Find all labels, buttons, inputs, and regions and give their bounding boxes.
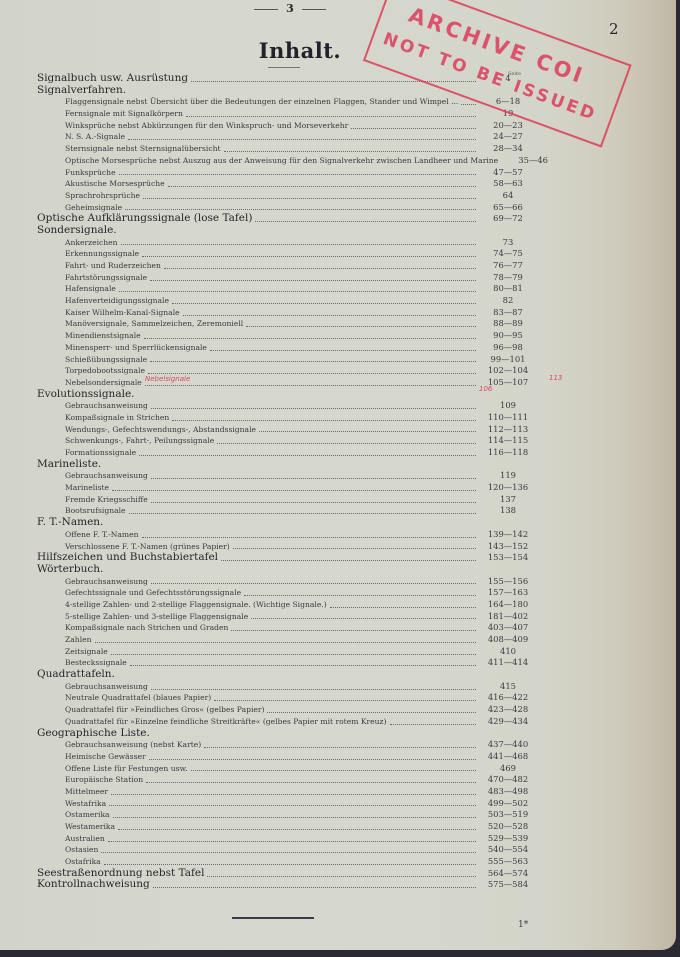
toc-entry: Fremde Kriegsschiffe137	[37, 494, 537, 506]
toc-pages: 408—409	[479, 634, 537, 646]
toc-entry: Ostafrika555—563	[37, 856, 537, 868]
dot-leader	[233, 547, 476, 549]
folio-dash-left	[254, 9, 278, 10]
toc-entry: Heimische Gewässer441—468	[37, 751, 537, 763]
toc-pages: 28—34	[479, 143, 537, 155]
toc-label: Sternsignale nebst Sternsignalübersicht	[65, 143, 221, 155]
toc-pages: 441—468	[479, 751, 537, 763]
dot-leader	[255, 220, 476, 222]
toc-pages: 499—502	[479, 798, 537, 810]
dot-leader	[390, 723, 477, 725]
toc-pages: 423—428	[479, 704, 537, 716]
toc-section: Quadrattafeln.	[37, 669, 537, 681]
dot-leader	[151, 501, 476, 503]
toc-label: Australien	[65, 833, 105, 845]
toc-entry: Ostasien540—554	[37, 844, 537, 856]
toc-entry: Hafenverteidigungssignale82	[37, 295, 537, 307]
dot-leader	[150, 360, 476, 362]
toc-pages: 69—72	[479, 213, 537, 225]
toc-label: Manöversignale, Sammelzeichen, Zeremonie…	[65, 318, 243, 330]
toc-label: Kompaßsignale nach Strichen und Graden	[65, 622, 228, 634]
table-of-contents: Signalbuch usw. Ausrüstung4Signalverfahr…	[37, 73, 537, 891]
dot-leader	[111, 653, 476, 655]
toc-entry: Gebrauchsanweisung119	[37, 470, 537, 482]
toc-entry: Torpedobootssignale102—104	[37, 365, 537, 377]
toc-label: Fahrt- und Ruderzeichen	[65, 260, 161, 272]
toc-label: Nebelsondersignale	[65, 377, 142, 389]
dot-leader	[119, 290, 476, 292]
dot-leader	[149, 758, 476, 760]
toc-pages: 416—422	[479, 692, 537, 704]
toc-label: Ostasien	[65, 844, 98, 856]
toc-entry: Fahrtstörungssignale78—79	[37, 272, 537, 284]
dot-leader	[217, 442, 476, 444]
toc-label: Ostafrika	[65, 856, 101, 868]
toc-label: Wörterbuch.	[37, 564, 103, 576]
toc-entry: Gebrauchsanweisung155—156	[37, 576, 537, 588]
toc-label: Fernsignale mit Signalkörpern	[65, 108, 183, 120]
dot-leader	[142, 255, 476, 257]
toc-label: Sprachrohrsprüche	[65, 190, 140, 202]
toc-entry: Wendungs-, Gefechtswendungs-, Abstandssi…	[37, 424, 537, 436]
toc-pages: 529—539	[479, 833, 537, 845]
dot-leader	[224, 150, 476, 152]
toc-pages: 520—528	[479, 821, 537, 833]
toc-pages: 90—95	[479, 330, 537, 342]
toc-entry: Ankerzeichen73	[37, 237, 537, 249]
toc-pages: 469	[479, 763, 537, 775]
folio-dash-right	[302, 9, 326, 10]
dot-leader	[104, 863, 476, 865]
toc-entry: Quadrattafel für »Einzelne feindliche St…	[37, 716, 537, 728]
dot-leader	[121, 243, 476, 245]
toc-pages: 153—154	[479, 552, 537, 564]
toc-pages: 411—414	[479, 657, 537, 669]
toc-entry: Offene F. T.-Namen139—142	[37, 529, 537, 541]
toc-label: Kontrollnachweisung	[37, 879, 150, 891]
toc-pages: 540—554	[479, 844, 537, 856]
toc-label: Schwenkungs-, Fahrt-, Peilungssignale	[65, 435, 214, 447]
toc-pages: 65—66	[479, 202, 537, 214]
toc-entry: Schwenkungs-, Fahrt-, Peilungssignale114…	[37, 435, 537, 447]
dot-leader	[108, 840, 476, 842]
dot-leader	[164, 267, 476, 269]
dot-leader	[191, 769, 476, 771]
toc-pages: 83—87	[479, 307, 537, 319]
toc-entry: Westafrika499—502	[37, 798, 537, 810]
toc-pages: 74—75	[479, 248, 537, 260]
toc-pages: 109	[479, 400, 537, 412]
signature-mark: 1*	[518, 920, 528, 930]
toc-entry: Kaiser Wilhelm-Kanal-Signale83—87	[37, 307, 537, 319]
toc-section: Marineliste.	[37, 459, 537, 471]
toc-entry: Schießübungssignale99—101	[37, 354, 537, 366]
toc-label: Gebrauchsanweisung	[65, 400, 148, 412]
toc-pages: 415	[479, 681, 537, 693]
toc-label: Heimische Gewässer	[65, 751, 146, 763]
toc-pages: 116—118	[479, 447, 537, 459]
toc-entry: Offene Liste für Festungen usw.469	[37, 763, 537, 775]
toc-entry: Gefechtssignale und Gefechtsstörungssign…	[37, 587, 537, 599]
dot-leader	[153, 735, 476, 736]
toc-pages: 437—440	[479, 739, 537, 751]
dot-leader	[142, 536, 476, 538]
dot-leader	[106, 524, 476, 525]
page-folio: 3	[240, 2, 340, 15]
dot-leader	[144, 337, 476, 339]
toc-pages: 181—402	[479, 611, 537, 623]
toc-label: Fahrtstörungssignale	[65, 272, 147, 284]
toc-pages: 64	[479, 190, 537, 202]
toc-label: Westafrika	[65, 798, 106, 810]
dot-leader	[151, 688, 476, 690]
toc-label: Quadrattafel für »Einzelne feindliche St…	[65, 716, 387, 728]
toc-pages: 110—111	[479, 412, 537, 424]
toc-pages: 429—434	[479, 716, 537, 728]
toc-section: Sondersignale.	[37, 225, 537, 237]
dot-leader	[251, 617, 476, 619]
toc-label: Zeitsignale	[65, 646, 108, 658]
toc-entry: Neutrale Quadrattafel (blaues Papier)416…	[37, 692, 537, 704]
toc-label: Funksprüche	[65, 167, 116, 179]
dot-leader	[129, 92, 476, 93]
toc-label: Akustische Morsesprüche	[65, 178, 165, 190]
dot-leader	[231, 629, 476, 631]
dot-leader	[143, 197, 476, 199]
toc-label: N. S. A.-Signale	[65, 131, 125, 143]
toc-pages: 403—407	[479, 622, 537, 634]
toc-label: Signalverfahren.	[37, 85, 126, 97]
toc-label: Optische Morsesprüche nebst Auszug aus d…	[65, 155, 498, 167]
toc-pages: 483—498	[479, 786, 537, 798]
toc-entry: Europäische Station470—482	[37, 774, 537, 786]
toc-pages: 114—115	[479, 435, 537, 447]
toc-entry: 4-stellige Zahlen- und 2-stellige Flagge…	[37, 599, 537, 611]
dot-leader	[246, 325, 476, 327]
dot-leader	[145, 384, 476, 386]
toc-pages: 47—57	[479, 167, 537, 179]
dot-leader	[186, 115, 476, 117]
dot-leader	[172, 419, 476, 421]
toc-label: Wendungs-, Gefechtswendungs-, Abstandssi…	[65, 424, 256, 436]
toc-pages: 24—27	[479, 131, 537, 143]
toc-entry: Westamerika520—528	[37, 821, 537, 833]
toc-pages: 73	[479, 237, 537, 249]
toc-pages: 143—152	[479, 541, 537, 553]
dot-leader	[210, 349, 476, 351]
toc-entry: Erkennungssignale74—75	[37, 248, 537, 260]
toc-entry: Formationssignale116—118	[37, 447, 537, 459]
toc-label: Sondersignale.	[37, 225, 117, 237]
dot-leader	[267, 711, 476, 713]
toc-label: Flaggensignale nebst Übersicht über die …	[65, 96, 458, 108]
toc-label: Kaiser Wilhelm-Kanal-Signale	[65, 307, 180, 319]
toc-label: Kompaßsignale in Strichen	[65, 412, 169, 424]
toc-pages: 82	[479, 295, 537, 307]
dot-leader	[104, 466, 476, 467]
toc-entry: Zeitsignale410	[37, 646, 537, 658]
toc-label: Formationssignale	[65, 447, 136, 459]
toc-entry: Sprachrohrsprüche64	[37, 190, 537, 202]
dot-leader	[151, 477, 476, 479]
toc-section: F. T.-Namen.	[37, 517, 537, 529]
toc-entry: Gebrauchsanweisung109	[37, 400, 537, 412]
dot-leader	[138, 396, 477, 397]
toc-label: Quadrattafeln.	[37, 669, 115, 681]
dot-leader	[204, 746, 476, 748]
toc-label: Hafenverteidigungssignale	[65, 295, 169, 307]
toc-entry: N. S. A.-Signale24—27	[37, 131, 537, 143]
toc-entry: Gebrauchsanweisung (nebst Karte)437—440	[37, 739, 537, 751]
toc-entry: Quadrattafel für »Feindliches Gros« (gel…	[37, 704, 537, 716]
dot-leader	[130, 664, 476, 666]
toc-entry: Minendienstsignale90—95	[37, 330, 537, 342]
toc-pages: 155—156	[479, 576, 537, 588]
dot-leader	[129, 512, 476, 514]
toc-label: Offene Liste für Festungen usw.	[65, 763, 188, 775]
dot-leader	[148, 372, 476, 374]
toc-entry: Kompaßsignale nach Strichen und Graden40…	[37, 622, 537, 634]
toc-pages: 503—519	[479, 809, 537, 821]
toc-section: Geographische Liste.	[37, 728, 537, 740]
toc-label: Fremde Kriegsschiffe	[65, 494, 148, 506]
dot-leader	[109, 804, 476, 806]
dot-leader	[153, 886, 476, 888]
dot-leader	[172, 302, 476, 304]
toc-pages: 96—98	[479, 342, 537, 354]
toc-pages: 99—101	[479, 354, 537, 366]
dot-leader	[330, 606, 476, 608]
toc-label: Signalbuch usw. Ausrüstung	[37, 73, 188, 85]
toc-pages: 470—482	[479, 774, 537, 786]
toc-entry: Gebrauchsanweisung415	[37, 681, 537, 693]
bottom-rule	[232, 917, 314, 919]
dot-leader	[128, 138, 476, 140]
toc-entry: Marineliste120—136	[37, 482, 537, 494]
toc-entry: Bootsrufsignale138	[37, 505, 537, 517]
toc-label: Ankerzeichen	[65, 237, 118, 249]
toc-pages: 555—563	[479, 856, 537, 868]
toc-label: Gefechtssignale und Gefechtsstörungssign…	[65, 587, 241, 599]
toc-label: Schießübungssignale	[65, 354, 147, 366]
toc-section: Hilfszeichen und Buchstabiertafel153—154	[37, 552, 537, 564]
toc-label: Mittelmeer	[65, 786, 108, 798]
toc-pages: 139—142	[479, 529, 537, 541]
toc-entry: Funksprüche47—57	[37, 167, 537, 179]
toc-label: Europäische Station	[65, 774, 143, 786]
toc-pages: 410	[479, 646, 537, 658]
document-page: 3 2 Inhalt. Seite Signalbuch usw. Ausrüs…	[0, 0, 676, 950]
toc-section: Kontrollnachweisung575—584	[37, 879, 537, 891]
toc-entry: Minensperr- und Sperrlückensignale96—98	[37, 342, 537, 354]
dot-leader	[151, 407, 476, 409]
toc-pages: 78—79	[479, 272, 537, 284]
toc-entry: 5-stellige Zahlen- und 3-stellige Flagge…	[37, 611, 537, 623]
dot-leader	[207, 875, 476, 877]
toc-label: Gebrauchsanweisung	[65, 576, 148, 588]
toc-label: Minensperr- und Sperrlückensignale	[65, 342, 207, 354]
toc-pages: 102—104	[479, 365, 537, 377]
toc-pages: 35—46	[504, 155, 562, 167]
toc-entry: Kompaßsignale in Strichen110—111	[37, 412, 537, 424]
dot-leader	[101, 851, 476, 853]
toc-label: Hafensignale	[65, 283, 116, 295]
title-rule	[268, 67, 300, 68]
toc-entry: Akustische Morsesprüche58—63	[37, 178, 537, 190]
dot-leader	[168, 185, 476, 187]
toc-label: Ostamerika	[65, 809, 110, 821]
dot-leader	[95, 641, 476, 643]
toc-label: F. T.-Namen.	[37, 517, 103, 529]
dot-leader	[461, 103, 476, 105]
toc-entry: Zahlen408—409	[37, 634, 537, 646]
toc-label: Gebrauchsanweisung (nebst Karte)	[65, 739, 201, 751]
toc-label: Zahlen	[65, 634, 92, 646]
dot-leader	[214, 699, 476, 701]
toc-entry: Mittelmeer483—498	[37, 786, 537, 798]
toc-pages: 137	[479, 494, 537, 506]
toc-label: Gebrauchsanweisung	[65, 470, 148, 482]
handwritten-note: Nebelsignale	[145, 375, 190, 383]
folio-number: 3	[286, 2, 294, 15]
toc-label: Gebrauchsanweisung	[65, 681, 148, 693]
toc-label: Minendienstsignale	[65, 330, 141, 342]
toc-pages: 120—136	[479, 482, 537, 494]
toc-pages: 112—113	[479, 424, 537, 436]
toc-label: Marineliste.	[37, 459, 101, 471]
dot-leader	[259, 430, 476, 432]
toc-entry: Hafensignale80—81	[37, 283, 537, 295]
dot-leader	[111, 793, 476, 795]
dot-leader	[113, 816, 476, 818]
toc-pages: 564—574	[479, 868, 537, 880]
toc-label: 5-stellige Zahlen- und 3-stellige Flagge…	[65, 611, 248, 623]
toc-section: Wörterbuch.	[37, 564, 537, 576]
toc-entry: Fernsignale mit Signalkörpern19	[37, 108, 537, 120]
toc-label: Geographische Liste.	[37, 728, 150, 740]
toc-pages: 157—163	[479, 587, 537, 599]
toc-label: Marineliste	[65, 482, 109, 494]
dot-leader	[150, 279, 476, 281]
dot-leader	[106, 571, 476, 572]
toc-entry: Sternsignale nebst Sternsignalübersicht2…	[37, 143, 537, 155]
dot-leader	[146, 781, 476, 783]
dot-leader	[351, 127, 476, 129]
toc-label: Evolutionssignale.	[37, 389, 135, 401]
dot-leader	[118, 828, 476, 830]
handwritten-correction: 106	[479, 385, 492, 393]
corner-mark: 2	[609, 20, 619, 38]
dot-leader	[183, 314, 476, 316]
dot-leader	[119, 173, 476, 175]
toc-label: Offene F. T.-Namen	[65, 529, 139, 541]
toc-pages: 575—584	[479, 879, 537, 891]
toc-entry: Flaggensignale nebst Übersicht über die …	[37, 96, 537, 108]
toc-entry: Nebelsondersignale105—107	[37, 377, 537, 389]
toc-pages: 138	[479, 505, 537, 517]
toc-pages: 164—180	[479, 599, 537, 611]
toc-section: Evolutionssignale.	[37, 389, 537, 401]
dot-leader	[139, 454, 476, 456]
toc-pages: 76—77	[479, 260, 537, 272]
dot-leader	[151, 582, 476, 584]
dot-leader	[244, 594, 476, 596]
toc-label: Quadrattafel für »Feindliches Gros« (gel…	[65, 704, 264, 716]
toc-label: Erkennungssignale	[65, 248, 139, 260]
toc-label: Winksprüche nebst Abkürzungen für den Wi…	[65, 120, 348, 132]
toc-pages: 119	[479, 470, 537, 482]
dot-leader	[125, 208, 476, 210]
toc-pages: 88—89	[479, 318, 537, 330]
toc-pages: 80—81	[479, 283, 537, 295]
toc-entry: Australien529—539	[37, 833, 537, 845]
toc-entry: Fahrt- und Ruderzeichen76—77	[37, 260, 537, 272]
toc-label: Torpedobootssignale	[65, 365, 145, 377]
toc-label: Westamerika	[65, 821, 115, 833]
toc-pages: 58—63	[479, 178, 537, 190]
dot-leader	[221, 559, 476, 561]
toc-label: Neutrale Quadrattafel (blaues Papier)	[65, 692, 211, 704]
toc-entry: Optische Morsesprüche nebst Auszug aus d…	[37, 155, 537, 167]
toc-entry: Manöversignale, Sammelzeichen, Zeremonie…	[37, 318, 537, 330]
toc-label: 4-stellige Zahlen- und 2-stellige Flagge…	[65, 599, 327, 611]
dot-leader	[120, 232, 476, 233]
toc-pages: 20—23	[479, 120, 537, 132]
handwritten-margin-note: 113	[549, 374, 562, 382]
toc-entry: Winksprüche nebst Abkürzungen für den Wi…	[37, 120, 537, 132]
dot-leader	[118, 676, 476, 677]
dot-leader	[112, 489, 476, 491]
toc-entry: Ostamerika503—519	[37, 809, 537, 821]
